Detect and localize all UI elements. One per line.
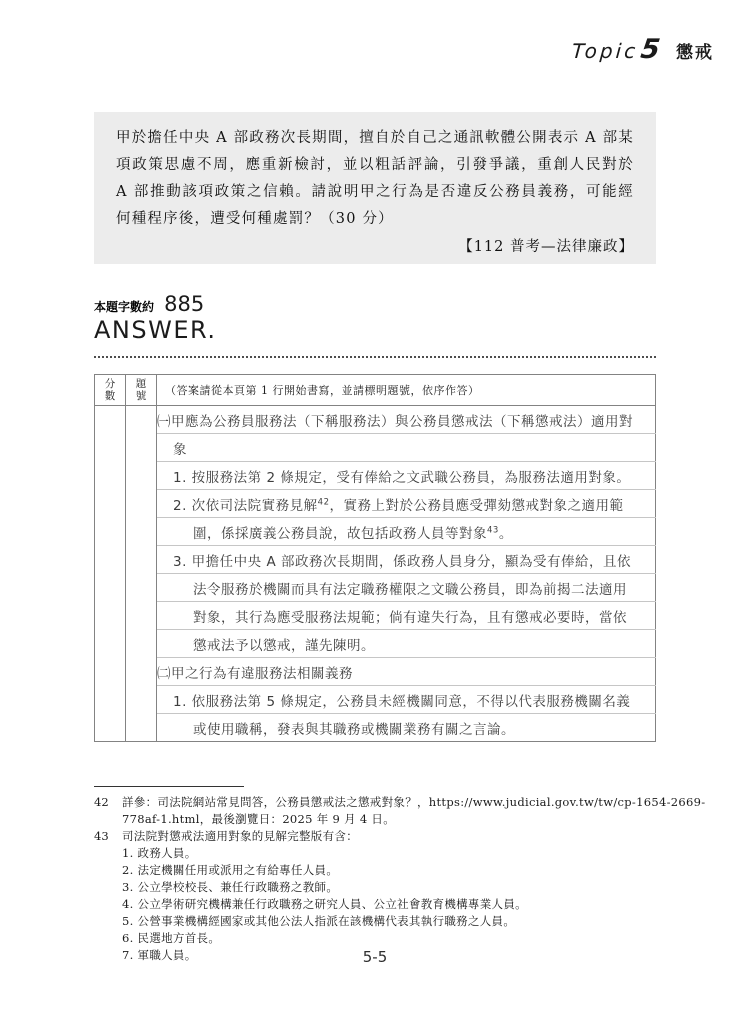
score-cell xyxy=(95,406,126,742)
footnote-number: 43 xyxy=(94,828,122,964)
table-row: 1. 依服務法第 5 條規定，公務員未經機關同意，不得以代表服務機關名義 xyxy=(95,686,656,714)
answer-line: 1. 按服務法第 2 條規定，受有俸給之文武職公務員，為服務法適用對象。 xyxy=(157,462,656,490)
answer-line: 法令服務於機關而具有法定職務權限之文職公務員，即為前揭二法適用 xyxy=(157,574,656,602)
answer-heading: ANSWER. xyxy=(94,316,656,344)
table-row: ㈠甲應為公務員服務法（下稱服務法）與公務員懲戒法（下稱懲戒法）適用對 xyxy=(95,406,656,434)
footnote-list-item: 5. 公營事業機構經國家或其他公法人指派在該機構代表其執行職務之人員。 xyxy=(122,913,706,930)
footnote-43: 43 司法院對懲戒法適用對象的見解完整版有含： 1. 政務人員。 2. 法定機關… xyxy=(94,828,706,964)
footnote-list-item: 2. 法定機關任用或派用之有給專任人員。 xyxy=(122,862,706,879)
table-header-row: 分數 題號 （答案請從本頁第 1 行開始書寫，並請標明題號，依序作答） xyxy=(95,375,656,406)
question-box: 甲於擔任中央 A 部政務次長期間，擅自於自己之通訊軟體公開表示 A 部某項政策思… xyxy=(94,112,656,264)
word-count-value: 885 xyxy=(164,292,204,316)
answer-line: 象 xyxy=(157,434,656,462)
qnum-cell xyxy=(126,406,157,742)
table-row: 法令服務於機關而具有法定職務權限之文職公務員，即為前揭二法適用 xyxy=(95,574,656,602)
footnote-list-item: 1. 政務人員。 xyxy=(122,845,706,862)
answer-line: ㈠甲應為公務員服務法（下稱服務法）與公務員懲戒法（下稱懲戒法）適用對 xyxy=(157,406,656,434)
answer-sheet-table: 分數 題號 （答案請從本頁第 1 行開始書寫，並請標明題號，依序作答） ㈠甲應為… xyxy=(94,374,656,742)
topic-title: 懲戒 xyxy=(676,38,714,63)
word-count-row: 本題字數約 885 xyxy=(94,292,656,316)
answer-line: 或使用職稱，發表與其職務或機關業務有關之言論。 xyxy=(157,714,656,742)
score-column-header: 分數 xyxy=(95,375,126,406)
footnote-number: 42 xyxy=(94,794,122,828)
word-count-label: 本題字數約 xyxy=(94,300,154,314)
footnote-text: 司法院對懲戒法適用對象的見解完整版有含： 1. 政務人員。 2. 法定機關任用或… xyxy=(122,828,706,964)
table-row: 象 xyxy=(95,434,656,462)
question-text: 甲於擔任中央 A 部政務次長期間，擅自於自己之通訊軟體公開表示 A 部某項政策思… xyxy=(116,125,634,233)
qnum-column-header: 題號 xyxy=(126,375,157,406)
table-row: 圍，係採廣義公務員說，故包括政務人員等對象43。 xyxy=(95,518,656,546)
footnote-separator xyxy=(94,786,244,787)
table-row: 2. 次依司法院實務見解42，實務上對於公務員應受彈劾懲戒對象之適用範 xyxy=(95,490,656,518)
table-row: 對象，其行為應受服務法規範；倘有違失行為，且有懲戒必要時，當依 xyxy=(95,602,656,630)
footnote-list-item: 4. 公立學術研究機構兼任行政職務之研究人員、公立社會教育機構專業人員。 xyxy=(122,896,706,913)
table-row: 1. 按服務法第 2 條規定，受有俸給之文武職公務員，為服務法適用對象。 xyxy=(95,462,656,490)
question-source: 【112 普考—法律廉政】 xyxy=(116,235,634,256)
answer-line: 懲戒法予以懲戒，謹先陳明。 xyxy=(157,630,656,658)
footnotes-section: 42 詳參：司法院網站常見問答，公務員懲戒法之懲戒對象？，https://www… xyxy=(94,786,706,964)
answer-meta: 本題字數約 885 ANSWER. xyxy=(94,292,656,344)
dotted-divider xyxy=(94,356,656,358)
answer-line: ㈡甲之行為有違服務法相關義務 xyxy=(157,658,656,686)
page-number: 5-5 xyxy=(94,948,656,966)
footnote-ref-42: 42 xyxy=(318,497,330,507)
answer-line: 2. 次依司法院實務見解42，實務上對於公務員應受彈劾懲戒對象之適用範 xyxy=(157,490,656,518)
answer-line: 對象，其行為應受服務法規範；倘有違失行為，且有懲戒必要時，當依 xyxy=(157,602,656,630)
footnote-text: 詳參：司法院網站常見問答，公務員懲戒法之懲戒對象？，https://www.ju… xyxy=(122,794,706,828)
table-row: 3. 甲擔任中央 A 部政務次長期間，係政務人員身分，顯為受有俸給，且依 xyxy=(95,546,656,574)
answer-instruction: （答案請從本頁第 1 行開始書寫，並請標明題號，依序作答） xyxy=(157,375,656,406)
table-row: ㈡甲之行為有違服務法相關義務 xyxy=(95,658,656,686)
page-content: 甲於擔任中央 A 部政務次長期間，擅自於自己之通訊軟體公開表示 A 部某項政策思… xyxy=(94,0,656,964)
footnote-list-item: 6. 民選地方首長。 xyxy=(122,930,706,947)
table-row: 懲戒法予以懲戒，謹先陳明。 xyxy=(95,630,656,658)
footnote-intro: 司法院對懲戒法適用對象的見解完整版有含： xyxy=(122,828,706,845)
table-row: 或使用職稱，發表與其職務或機關業務有關之言論。 xyxy=(95,714,656,742)
footnote-42: 42 詳參：司法院網站常見問答，公務員懲戒法之懲戒對象？，https://www… xyxy=(94,794,706,828)
footnote-list-item: 3. 公立學校校長、兼任行政職務之教師。 xyxy=(122,879,706,896)
answer-line: 3. 甲擔任中央 A 部政務次長期間，係政務人員身分，顯為受有俸給，且依 xyxy=(157,546,656,574)
document-page: Topic 5 懲戒 甲於擔任中央 A 部政務次長期間，擅自於自己之通訊軟體公開… xyxy=(0,0,750,1015)
answer-line: 圍，係採廣義公務員說，故包括政務人員等對象43。 xyxy=(157,518,656,546)
answer-line: 1. 依服務法第 5 條規定，公務員未經機關同意，不得以代表服務機關名義 xyxy=(157,686,656,714)
footnote-ref-43: 43 xyxy=(487,525,499,535)
